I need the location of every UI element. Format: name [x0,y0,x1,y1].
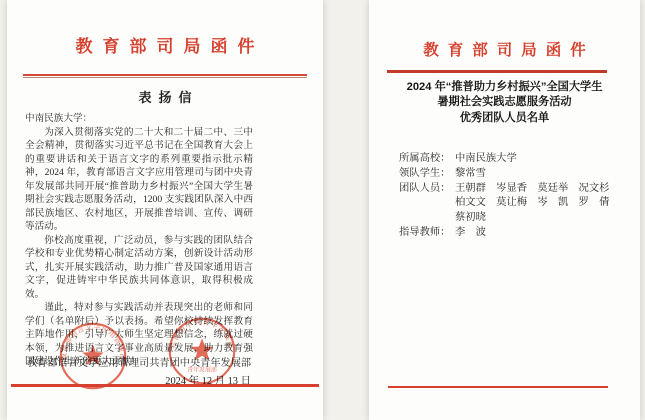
star-icon [82,345,103,365]
field-row-advisor: 指导教师：李 波 [399,226,628,241]
field-label: 团队人员： [399,182,455,197]
roster-fields: 所属高校：中南民族大学 领队学生：黎常雪 团队人员：王朝群 岑显香 莫廷举 况文… [399,152,628,241]
roster-title-line-2: 暑期社会实践志愿服务活动 [369,95,640,111]
roster-page: 教育部司局函件 2024 年“推普助力乡村振兴”全国大学生 暑期社会实践志愿服务… [369,0,640,420]
official-seal-left-icon: 教育部语言文字应用管理司 [58,321,128,391]
field-value: 黎常雪 [455,168,486,179]
field-row-team-leader: 领队学生：黎常雪 [399,167,628,182]
roster-title: 2024 年“推普助力乡村振兴”全国大学生 暑期社会实践志愿服务活动 优秀团队人… [369,80,640,127]
paragraph-2: 你校高度重视，广泛动员，参与实践的团队结合学校和专业优势精心制定活动方案，创新设… [25,234,253,302]
field-value: 柏文文 莫让梅 岑 凯 罗 倩 [455,197,609,208]
field-label: 指导教师： [399,226,455,241]
letterhead-left: 教育部司局函件 [23,36,307,58]
footer-rule-right [388,386,608,388]
field-label: 所属高校： [399,152,455,167]
commendation-letter-page: 教育部司局函件 表扬信 中南民族大学： 为深入贯彻落实党的二十大和二十届二中、三… [7,0,323,420]
official-seal-right-icon: 共青团中央青年发展部 青年发展部 [167,316,237,386]
roster-title-line-3: 优秀团队人员名单 [369,111,640,127]
field-value: 王朝群 岑显香 莫廷举 况文杉 [455,183,609,194]
field-row-school: 所属高校：中南民族大学 [399,152,628,167]
letterhead-rule-red [23,74,307,76]
field-label: 领队学生： [399,167,455,182]
star-icon [190,338,213,360]
salutation: 中南民族大学： [25,112,253,126]
footer-rule-left [11,384,319,387]
doc-title-left: 表扬信 [7,90,323,106]
paragraph-1: 为深入贯彻落实党的二十大和二十届二中、三中全会精神，贯彻落实习近平总书记在全国教… [25,126,253,234]
letterhead-rule-right [387,70,607,73]
field-value: 蔡初晓 [455,212,486,223]
roster-title-line-1: 2024 年“推普助力乡村振兴”全国大学生 [369,80,640,96]
letterhead-right: 教育部司局函件 [379,41,630,61]
seal-sub-text-right: 青年发展部 [187,365,217,373]
field-value: 李 波 [455,227,486,238]
document-scan: 教育部司局函件 表扬信 中南民族大学： 为深入贯彻落实党的二十大和二十届二中、三… [0,0,645,420]
letterhead-rule-thin [23,77,307,78]
field-value: 中南民族大学 [455,153,517,164]
field-row-members-1: 团队人员：王朝群 岑显香 莫廷举 况文杉 [399,182,628,197]
field-row-members-3: 蔡初晓 [399,211,628,226]
field-row-members-2: 柏文文 莫让梅 岑 凯 罗 倩 [399,196,628,211]
